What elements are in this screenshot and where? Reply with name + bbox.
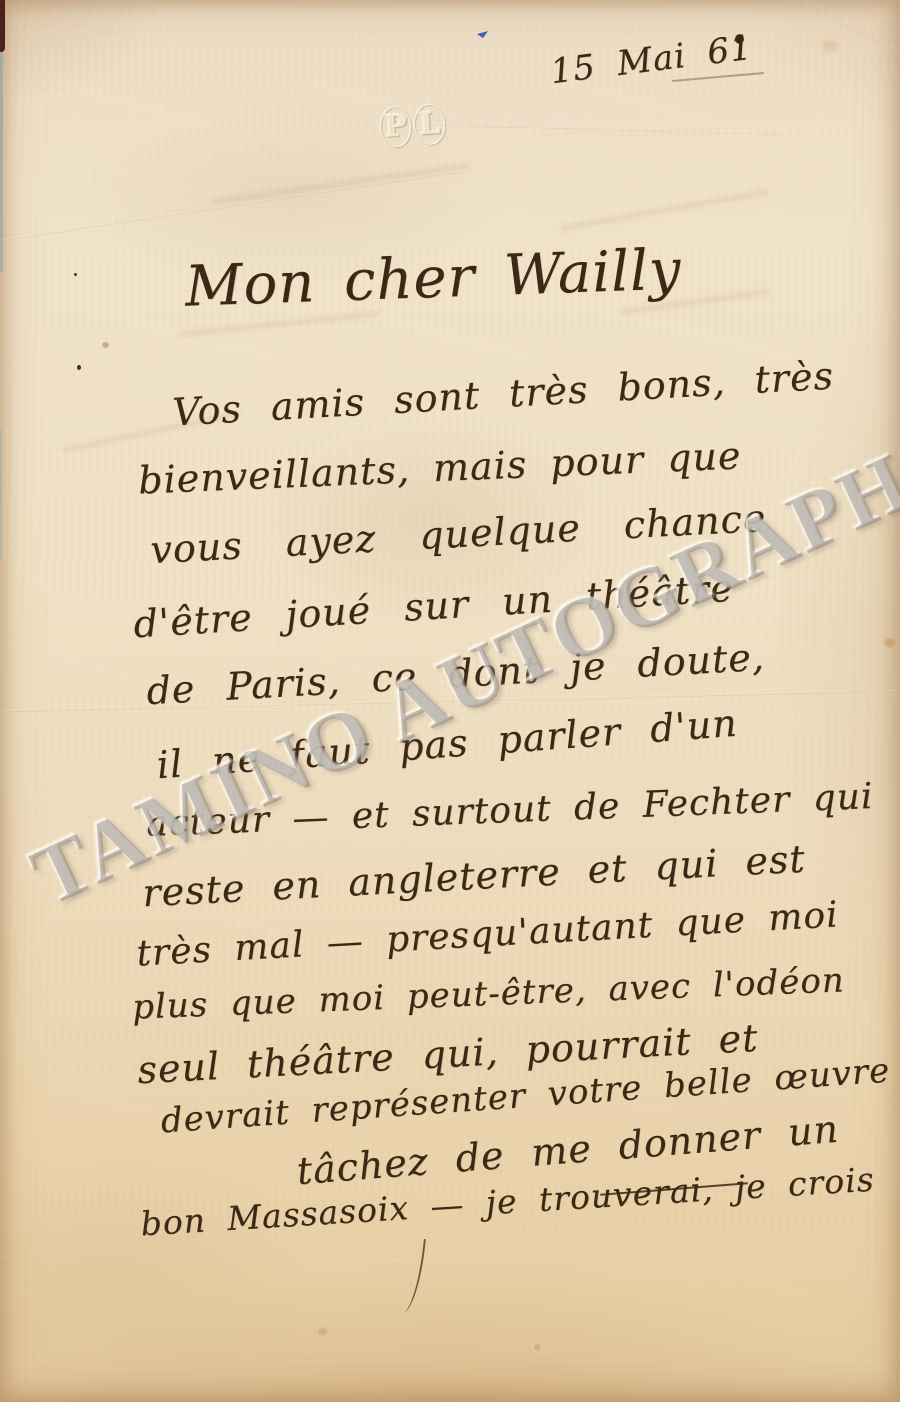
rust-stain <box>822 40 838 52</box>
salutation: Mon cher Wailly <box>184 237 682 319</box>
handwriting-line: vous ayez quelque chance <box>149 496 767 572</box>
paper-crease <box>420 123 780 134</box>
rust-stain <box>318 1328 327 1335</box>
ink-speck <box>74 273 77 276</box>
scan-edge-left <box>0 52 3 272</box>
handwriting-line: d'être joué sur un théâtre <box>132 566 735 647</box>
scan-edge-left-lower <box>0 430 2 560</box>
embossed-monogram: P L <box>380 104 447 148</box>
rust-stain <box>534 1344 541 1350</box>
handwriting-line: bienveillants, mais pour que <box>137 433 742 502</box>
rust-stain <box>884 638 895 647</box>
monogram-letter-left: P <box>380 106 413 148</box>
letter-page: 15 Mai 61 P L Mon cher Wailly Vos amis s… <box>0 0 900 1402</box>
blue-ink-speck <box>477 31 488 38</box>
paper-crease <box>0 1257 900 1269</box>
bleed-through-mark <box>211 164 469 204</box>
date-line: 15 Mai 61 <box>548 28 754 92</box>
ink-speck <box>77 365 81 370</box>
bleed-through-mark <box>561 190 769 230</box>
rust-stain <box>102 342 109 348</box>
paper-crease <box>0 168 477 244</box>
scan-edge-top-left <box>0 0 5 52</box>
descender-stroke <box>400 1237 426 1314</box>
monogram-letter-right: L <box>414 104 447 146</box>
handwriting-line: acteur — et surtout de Fechter qui <box>145 776 874 845</box>
handwriting-line: de Paris, ce dont je doute, <box>145 635 766 713</box>
handwriting-line: Vos amis sont très bons, très <box>171 354 835 435</box>
handwriting-line: il ne faut pas parler d'un <box>155 701 739 788</box>
